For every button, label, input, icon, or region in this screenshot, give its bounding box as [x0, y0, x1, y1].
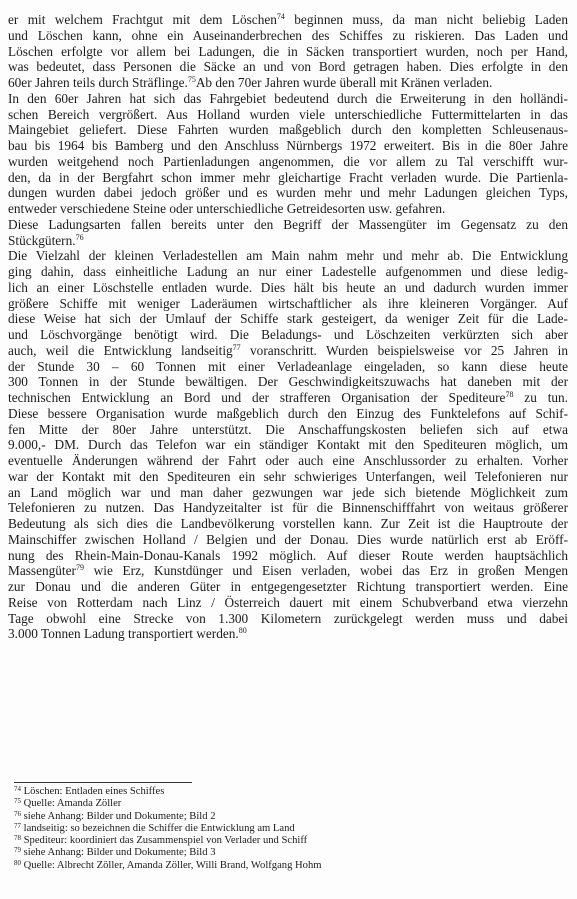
text-run: und Löschen kann, ohne ein Auseinanderbr… — [8, 28, 568, 43]
footnote-79: 79 siehe Anhang: Bilder und Dokumente; B… — [14, 847, 534, 859]
text-run: wurden weitgehend noch Partienladungen a… — [8, 154, 568, 169]
footnote-number: 79 — [14, 846, 21, 854]
text-line: bau bis 1964 bis Bamberg und den Anschlu… — [8, 138, 568, 154]
text-run: Tage obwohl eine Strecke von 1.300 Kilom… — [8, 611, 568, 626]
text-line: der Stunde 30 – 60 Tonnen mit einer Verl… — [8, 359, 568, 375]
text-run: 3.000 Tonnen Ladung transportiert werden… — [8, 626, 239, 641]
text-run: wie Erz, Kunstdünger und Eisen verladen,… — [84, 563, 568, 578]
text-run: und Löschvorgänge benötigt wird. Die Bel… — [8, 327, 568, 342]
footnote-77: 77 landseitig: so bezeichnen die Schiffe… — [14, 823, 534, 835]
footnote-reference[interactable]: 79 — [76, 563, 84, 572]
footnote-number: 80 — [14, 859, 21, 867]
footnote-number: 75 — [14, 797, 21, 805]
text-run: Reise von Rotterdam nach Linz / Österrei… — [8, 595, 568, 610]
text-run: Massengüter — [8, 563, 76, 578]
footnote-reference[interactable]: 80 — [239, 626, 247, 635]
text-line: 60er Jahren teils durch Sträflinge.75Ab … — [8, 75, 568, 91]
text-line: Bedeutung als sich dies die Landbevölker… — [8, 516, 568, 532]
text-run: schen Bereich vergrößert. Aus Holland wu… — [8, 107, 568, 122]
text-line: diese Weise hat sich der Umlauf der Schi… — [8, 311, 568, 327]
text-line: und Löschvorgänge benötigt wird. Die Bel… — [8, 327, 568, 343]
text-run: Löschen erfolgte vor allem bei Ladungen,… — [8, 44, 568, 59]
footnote-text: siehe Anhang: Bilder und Dokumente; Bild… — [24, 847, 216, 858]
text-run: an Land möglich war und man daher gezwun… — [8, 485, 568, 500]
text-run: entweder verschiedene Steine oder unters… — [8, 201, 445, 216]
text-line: an Land möglich war und man daher gezwun… — [8, 485, 568, 501]
footnote-reference[interactable]: 78 — [505, 390, 513, 399]
text-line: den, da in der Bergfahrt schon immer meh… — [8, 170, 568, 186]
footnote-number: 74 — [14, 785, 21, 793]
text-run: Stückgütern. — [8, 233, 76, 248]
text-line: Diese Ladungsarten fallen bereits unter … — [8, 217, 568, 233]
text-line: Maingebiet geliefert. Diese Fahrten wurd… — [8, 122, 568, 138]
text-line: 300 Tonnen in der Stunde bewältigen. Der… — [8, 374, 568, 390]
footnote-number: 78 — [14, 834, 21, 842]
text-line: lich an einer Löschstelle entladen wurde… — [8, 280, 568, 296]
text-run: dungen wurden dabei jedoch größer und es… — [8, 185, 568, 200]
text-run: diese Weise hat sich der Umlauf der Schi… — [8, 311, 568, 326]
text-line: Reise von Rotterdam nach Linz / Österrei… — [8, 595, 568, 611]
text-line: und Löschen kann, ohne ein Auseinanderbr… — [8, 28, 568, 44]
text-line: 9.000,- DM. Durch das Telefon war ein st… — [8, 437, 568, 453]
text-line: war der Kontakt mit den Spediteuren ein … — [8, 469, 568, 485]
text-run: technischen Entwicklung an Bord und der … — [8, 390, 505, 405]
text-run: Telefonieren zu nutzen. Das Handyzeitalt… — [8, 500, 568, 515]
text-run: zur Donau und die anderen Güter in entge… — [8, 579, 568, 594]
footnote-separator — [14, 782, 192, 783]
text-line: auch, weil die Entwicklung landseitig77 … — [8, 343, 568, 359]
text-run: beginnen muss, da man nicht beliebig Lad… — [285, 12, 568, 27]
text-run: Ab den 70er Jahren wurde überall mit Krä… — [196, 75, 492, 90]
text-run: 9.000,- DM. Durch das Telefon war ein st… — [8, 437, 568, 452]
text-run: größere Schiffe mit weniger Laderäumen w… — [8, 296, 568, 311]
footnote-reference[interactable]: 77 — [233, 343, 241, 352]
text-run: nung des Rhein-Main-Donau-Kanals 1992 mö… — [8, 548, 568, 563]
text-run: In den 60er Jahren hat sich das Fahrgebi… — [8, 91, 568, 106]
text-line: er mit welchem Frachtgut mit dem Löschen… — [8, 12, 568, 28]
text-run: ging dahin, dass einheitliche Ladung an … — [8, 264, 568, 279]
text-run: auch, weil die Entwicklung landseitig — [8, 343, 233, 358]
text-line: was bedeutet, dass Personen die Säcke an… — [8, 59, 568, 75]
text-line: Löschen erfolgte vor allem bei Ladungen,… — [8, 44, 568, 60]
text-run: der Stunde 30 – 60 Tonnen mit einer Verl… — [8, 359, 568, 374]
text-line: Stückgütern.76 — [8, 233, 568, 249]
footnote-text: Löschen: Entladen eines Schiffes — [24, 786, 165, 797]
footnote-number: 76 — [14, 810, 21, 818]
footnote-75: 75 Quelle: Amanda Zöller — [14, 798, 534, 810]
text-run: 60er Jahren teils durch Sträflinge. — [8, 75, 188, 90]
text-line: Mainschiffer zwischen Holland / Belgien … — [8, 532, 568, 548]
text-line: dungen wurden dabei jedoch größer und es… — [8, 185, 568, 201]
footnote-76: 76 siehe Anhang: Bilder und Dokumente; B… — [14, 811, 534, 823]
text-line: zur Donau und die anderen Güter in entge… — [8, 579, 568, 595]
footnote-reference[interactable]: 76 — [76, 233, 84, 242]
footnote-80: 80 Quelle: Albrecht Zöller, Amanda Zölle… — [14, 860, 534, 872]
text-run: den, da in der Bergfahrt schon immer meh… — [8, 170, 568, 185]
text-run: Bedeutung als sich dies die Landbevölker… — [8, 516, 568, 531]
text-line: technischen Entwicklung an Bord und der … — [8, 390, 568, 406]
text-run: war der Kontakt mit den Spediteuren ein … — [8, 469, 568, 484]
text-line: Massengüter79 wie Erz, Kunstdünger und E… — [8, 563, 568, 579]
text-run: Mainschiffer zwischen Holland / Belgien … — [8, 532, 568, 547]
text-run: Diese bessere Organisation wurde maßgebl… — [8, 406, 568, 421]
footnotes: 74 Löschen: Entladen eines Schiffes75 Qu… — [14, 786, 534, 872]
footnote-74: 74 Löschen: Entladen eines Schiffes — [14, 786, 534, 798]
text-line: entweder verschiedene Steine oder unters… — [8, 201, 568, 217]
text-line: Telefonieren zu nutzen. Das Handyzeitalt… — [8, 500, 568, 516]
text-run: bau bis 1964 bis Bamberg und den Anschlu… — [8, 138, 568, 153]
text-run: Maingebiet geliefert. Diese Fahrten wurd… — [8, 122, 568, 137]
footnote-reference[interactable]: 75 — [188, 75, 196, 84]
document-page: er mit welchem Frachtgut mit dem Löschen… — [0, 0, 577, 899]
text-run: was bedeutet, dass Personen die Säcke an… — [8, 59, 568, 74]
text-line: Die Vielzahl der kleinen Verladestellen … — [8, 248, 568, 264]
footnote-text: Spediteur: koordiniert das Zusammenspiel… — [24, 835, 308, 846]
footnote-number: 77 — [14, 822, 21, 830]
footnote-text: Quelle: Amanda Zöller — [24, 798, 122, 809]
text-line: wurden weitgehend noch Partienladungen a… — [8, 154, 568, 170]
text-line: nung des Rhein-Main-Donau-Kanals 1992 mö… — [8, 548, 568, 564]
text-line: schen Bereich vergrößert. Aus Holland wu… — [8, 107, 568, 123]
text-run: voranschritt. Wurden beispielsweise vor … — [241, 343, 568, 358]
text-line: Tage obwohl eine Strecke von 1.300 Kilom… — [8, 611, 568, 627]
text-line: eventuelle Änderungen während der Fahrt … — [8, 453, 568, 469]
footnote-text: landseitig: so bezeichnen die Schiffer d… — [24, 823, 295, 834]
footnote-text: siehe Anhang: Bilder und Dokumente; Bild… — [24, 811, 216, 822]
text-line: In den 60er Jahren hat sich das Fahrgebi… — [8, 91, 568, 107]
text-run: Die Vielzahl der kleinen Verladestellen … — [8, 248, 568, 263]
text-line: fen Mitte der 80er Jahre unterstützt. Di… — [8, 422, 568, 438]
body-text: er mit welchem Frachtgut mit dem Löschen… — [8, 12, 568, 642]
text-run: zu tun. — [513, 390, 568, 405]
text-run: Diese Ladungsarten fallen bereits unter … — [8, 217, 568, 232]
text-line: ging dahin, dass einheitliche Ladung an … — [8, 264, 568, 280]
text-run: fen Mitte der 80er Jahre unterstützt. Di… — [8, 422, 568, 437]
text-line: Diese bessere Organisation wurde maßgebl… — [8, 406, 568, 422]
text-line: größere Schiffe mit weniger Laderäumen w… — [8, 296, 568, 312]
text-run: 300 Tonnen in der Stunde bewältigen. Der… — [8, 374, 568, 389]
footnote-78: 78 Spediteur: koordiniert das Zusammensp… — [14, 835, 534, 847]
text-line: 3.000 Tonnen Ladung transportiert werden… — [8, 626, 568, 642]
footnote-reference[interactable]: 74 — [277, 12, 285, 21]
text-run: lich an einer Löschstelle entladen wurde… — [8, 280, 568, 295]
text-run: eventuelle Änderungen während der Fahrt … — [8, 453, 568, 468]
text-run: er mit welchem Frachtgut mit dem Löschen — [8, 12, 277, 27]
footnote-text: Quelle: Albrecht Zöller, Amanda Zöller, … — [24, 860, 322, 871]
